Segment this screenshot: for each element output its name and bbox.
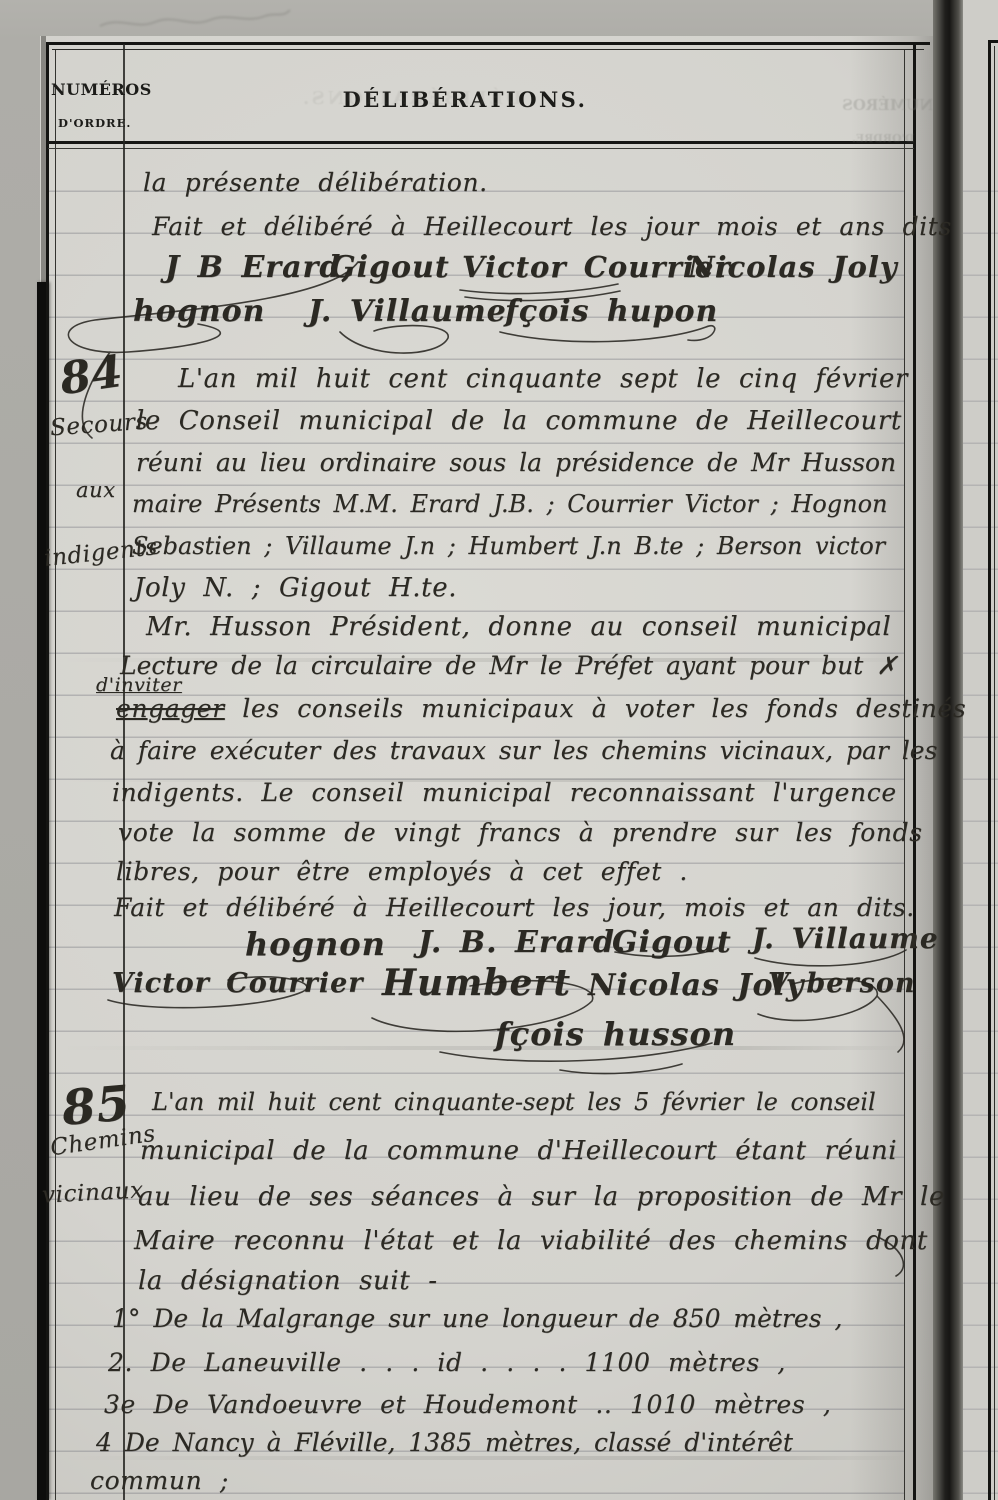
page-border-right-inner <box>904 50 905 1500</box>
page-border-right-outer <box>913 42 916 1500</box>
signature: Humbert <box>382 962 571 1004</box>
entry84-line: réuni au lieu ordinaire sous la présiden… <box>136 448 896 477</box>
entry84-line: indigents. Le conseil municipal reconnai… <box>112 778 897 807</box>
margin-column-divider <box>123 44 125 1500</box>
entry85-line: L'an mil huit cent cinquante-sept les 5 … <box>152 1088 876 1116</box>
entry84-line: Joly N. ; Gigout H.te. <box>134 573 457 603</box>
next-page-border-top <box>988 40 998 43</box>
ghost-numeros-bleedthrough: NUMÉROS <box>842 96 933 114</box>
entry84-struck-word: engager <box>116 694 225 723</box>
signature: J. B. Erard. <box>418 925 626 960</box>
next-page-border-inner <box>994 46 995 1500</box>
entry84-line: à faire exécuter des travaux sur les che… <box>110 736 937 765</box>
entry84-inserted-word: d'inviter <box>96 674 182 696</box>
signature: hognon <box>245 925 386 963</box>
header-rule-thin <box>48 148 914 149</box>
signature: Gigout <box>612 925 732 960</box>
entry84-line-rest: les conseils municipaux à voter les fond… <box>225 694 967 723</box>
entry85-line: Maire reconnu l'état et la viabilité des… <box>134 1226 928 1256</box>
entry85-line: au lieu de ses séances à sur la proposit… <box>138 1182 945 1212</box>
entry85-line: 1° De la Malgrange sur une longueur de 8… <box>112 1304 842 1333</box>
entry84-line: Mr. Husson Président, donne au conseil m… <box>146 612 891 642</box>
entry84-line: libres, pour être employés à cet effet . <box>116 857 688 886</box>
signature: hognon <box>133 294 265 329</box>
entry85-line: commun ; <box>90 1466 229 1495</box>
entry84-line: vote la somme de vingt francs à prendre … <box>118 818 923 847</box>
fragment-line: Fait et délibéré à Heillecourt les jour … <box>152 212 952 241</box>
ghost-title-bleedthrough: DÉLIBÉRATIONS. <box>300 88 522 109</box>
page-border-left-inner <box>55 50 56 1500</box>
register-page-scan: NUMÉROS D'ORDRE. DÉLIBÉRATIONS. DÉLIBÉRA… <box>0 0 998 1500</box>
header-rule-thick <box>48 141 914 144</box>
signature: J. Villaume <box>752 922 939 955</box>
signature: Victor Courrier <box>112 968 364 999</box>
signature: V berson <box>768 968 915 999</box>
margin-note: aux <box>76 478 116 502</box>
signature: Gigout <box>330 250 450 285</box>
column-header-dordre: D'ORDRE. <box>58 116 131 130</box>
page-border-top-inner <box>52 49 924 50</box>
signature: fçois hupon <box>505 294 718 329</box>
entry85-line: la désignation suit - <box>138 1266 438 1296</box>
margin-entry-number: 84 <box>57 346 127 405</box>
entry84-line: Sebastien ; Villaume J.n ; Humbert J.n B… <box>132 532 885 560</box>
pencil-smudge <box>95 2 295 36</box>
next-page-ruling <box>963 150 998 1500</box>
entry85-line: 2. De Laneuville . . . id . . . . 1100 m… <box>108 1348 786 1377</box>
margin-note: vicinaux <box>41 1177 144 1208</box>
entry84-line: le Conseil municipal de la commune de He… <box>136 406 902 436</box>
signature: fçois husson <box>495 1015 736 1053</box>
signature: J B Erard, <box>165 250 353 285</box>
entry85-line: 4 De Nancy à Fléville, 1385 mètres, clas… <box>96 1428 793 1457</box>
ghost-dordre-bleedthrough: D'ORDRE. <box>852 132 915 145</box>
entry84-line: Fait et délibéré à Heillecourt les jour,… <box>114 893 915 922</box>
entry84-line: L'an mil huit cent cinquante sept le cin… <box>178 364 908 394</box>
signature: Nicolas Joly <box>688 250 898 284</box>
signature: J. Villaume <box>308 294 507 329</box>
entry85-line: 3e De Vandoeuvre et Houdemont .. 1010 mè… <box>104 1390 831 1419</box>
next-page-border-outer <box>988 40 991 1500</box>
fragment-line: la présente délibération. <box>143 168 488 197</box>
entry84-line: engager les conseils municipaux à voter … <box>116 694 966 723</box>
page-border-top-outer <box>46 42 930 45</box>
entry84-line: Lecture de la circulaire de Mr le Préfet… <box>120 651 897 680</box>
entry85-line: municipal de la commune d'Heillecourt ét… <box>140 1136 897 1166</box>
entry84-line: maire Présents M.M. Erard J.B. ; Courrie… <box>132 490 887 518</box>
page-border-left-outer <box>46 42 49 1500</box>
paper-crease <box>60 1046 910 1050</box>
